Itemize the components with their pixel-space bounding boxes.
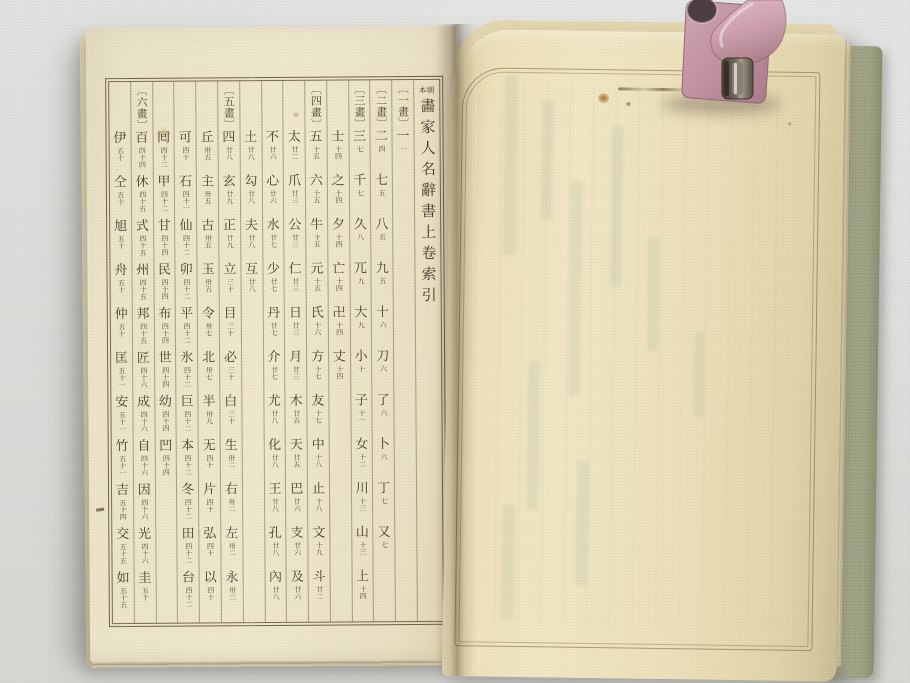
index-entry: 四廿八 bbox=[222, 130, 235, 174]
entry-character: 七 bbox=[375, 173, 388, 188]
index-entry: 卍十四 bbox=[332, 305, 345, 349]
entry-character: 上 bbox=[356, 569, 369, 584]
entry-character: 三 bbox=[353, 129, 366, 144]
entry-character: 匡 bbox=[115, 351, 128, 366]
entry-character: 因 bbox=[138, 483, 151, 498]
index-entry: 十六 bbox=[376, 305, 389, 349]
entry-page-number: 廿五 bbox=[293, 410, 300, 424]
entry-page-number: 四十四 bbox=[162, 367, 169, 388]
entry-page-number: 廿八 bbox=[247, 146, 254, 160]
index-entry: 小十 bbox=[355, 349, 368, 393]
entry-page-number: 三十 bbox=[226, 278, 233, 292]
entry-page-number: 十六 bbox=[314, 322, 321, 336]
entry-character: 四 bbox=[222, 130, 235, 145]
index-entry: 本四十二 bbox=[181, 439, 194, 483]
index-entry: 尤廿八 bbox=[268, 394, 281, 438]
index-entry: 太廿二 bbox=[288, 130, 301, 174]
entry-page-number: 廿六 bbox=[269, 146, 276, 160]
entry-character: 田 bbox=[182, 527, 195, 542]
entry-page-number: 廿六 bbox=[269, 190, 276, 204]
index-entry: 氷四十二 bbox=[180, 351, 193, 395]
index-entry: 及廿六 bbox=[291, 570, 304, 614]
entry-page-number: 廿六 bbox=[294, 586, 301, 600]
index-entry: 了六 bbox=[377, 393, 390, 437]
entry-character: 正 bbox=[223, 218, 236, 233]
index-entry: 式四十五 bbox=[136, 219, 149, 263]
entry-character: 自 bbox=[137, 439, 150, 454]
index-entry: 正廿九 bbox=[223, 218, 236, 262]
index-entry: 州四十五 bbox=[136, 263, 149, 307]
entry-character: 巨 bbox=[181, 395, 194, 410]
entry-page-number: 卅七 bbox=[205, 366, 212, 380]
entry-character: 民 bbox=[158, 263, 171, 278]
entry-character: 六 bbox=[310, 174, 323, 189]
entry-character: 丘 bbox=[201, 130, 214, 145]
index-entry: 百四十四 bbox=[135, 131, 148, 175]
index-entry: 八五 bbox=[375, 217, 388, 261]
index-entry: 丘卅五 bbox=[201, 130, 214, 174]
entry-character: 弘 bbox=[203, 526, 216, 541]
entry-page-number: 四十四 bbox=[161, 235, 168, 256]
index-entry: 交五十五 bbox=[116, 527, 129, 571]
index-columns-wrap: 本朝 畵家人名辭書上卷索引 〔一畫〕一一〔二畫〕二四七五八五九五十六刀六了六卜六… bbox=[108, 79, 444, 624]
index-entry: 生卅二 bbox=[225, 438, 238, 482]
entry-page-number: 廿三 bbox=[292, 366, 299, 380]
entry-character: 玄 bbox=[223, 174, 236, 189]
entry-character: 兀 bbox=[354, 261, 367, 276]
entry-character: 丁 bbox=[377, 481, 390, 496]
entry-page-number: 四十二 bbox=[184, 411, 191, 432]
index-entry: 巨四十二 bbox=[181, 395, 194, 439]
entry-page-number: 七 bbox=[380, 497, 387, 504]
index-entry: 吉五十四 bbox=[116, 483, 129, 527]
entry-character: 介 bbox=[267, 350, 280, 365]
index-entry: 无四十 bbox=[203, 438, 216, 482]
entry-character: 止 bbox=[312, 482, 325, 497]
index-entry: 丈十四 bbox=[333, 349, 346, 393]
index-entry: 永卅三 bbox=[225, 570, 238, 614]
entry-character: 州 bbox=[136, 263, 149, 278]
entry-page-number: 廿八 bbox=[248, 234, 255, 248]
entry-page-number: 十四 bbox=[336, 366, 343, 380]
entry-character: 平 bbox=[180, 307, 193, 322]
entry-character: 了 bbox=[377, 393, 390, 408]
entry-character: 友 bbox=[311, 394, 324, 409]
entry-page-number: 四十六 bbox=[140, 455, 147, 476]
entry-page-number: 四十四 bbox=[162, 411, 169, 432]
index-entry: 匡五十一 bbox=[115, 351, 128, 395]
entry-character: 半 bbox=[202, 394, 215, 409]
index-entry: 伊五十 bbox=[113, 131, 126, 175]
entry-character: 仙 bbox=[179, 219, 192, 234]
entry-page-number: 七 bbox=[381, 541, 388, 548]
entry-character: 北 bbox=[202, 350, 215, 365]
entry-character: 世 bbox=[159, 351, 172, 366]
entry-character: 公 bbox=[288, 218, 301, 233]
entry-character: 尤 bbox=[268, 394, 281, 409]
entry-page-number: 五十 bbox=[117, 191, 124, 205]
entry-page-number: 十四 bbox=[359, 585, 366, 599]
index-entry: 王廿八 bbox=[268, 482, 281, 526]
entry-page-number: 十五 bbox=[313, 146, 320, 160]
entry-character: 八 bbox=[375, 217, 388, 232]
entry-page-number: 廿八 bbox=[225, 146, 232, 160]
entry-page-number: 卅七 bbox=[205, 322, 212, 336]
index-entry: 土廿八 bbox=[244, 130, 257, 174]
index-entry: 左卅二 bbox=[225, 526, 238, 570]
entry-character: 內 bbox=[269, 570, 282, 585]
entry-page-number: 五 bbox=[379, 233, 386, 240]
entry-page-number: 十三 bbox=[359, 541, 366, 555]
entry-character: 成 bbox=[137, 395, 150, 410]
entry-page-number: 十四 bbox=[335, 278, 342, 292]
index-entry: 不廿六 bbox=[266, 130, 279, 174]
index-entry: 匠四十六 bbox=[137, 351, 150, 395]
entry-character: 方 bbox=[311, 350, 324, 365]
index-entry: 民四十四 bbox=[158, 263, 171, 307]
entry-character: 可 bbox=[179, 131, 192, 146]
entry-page-number: 廿七 bbox=[270, 322, 277, 336]
entry-page-number: 廿八 bbox=[271, 454, 278, 468]
entry-page-number: 廿八 bbox=[271, 498, 278, 512]
entry-character: 古 bbox=[201, 218, 214, 233]
entry-character: 如 bbox=[117, 571, 130, 586]
entry-character: 邦 bbox=[136, 307, 149, 322]
index-entry: 內廿八 bbox=[269, 570, 282, 614]
index-entry: 令卅七 bbox=[202, 306, 215, 350]
index-entry: 甘四十四 bbox=[158, 219, 171, 263]
entry-character: 互 bbox=[245, 262, 258, 277]
index-entry: 必三十 bbox=[224, 350, 237, 394]
index-entry: 大九 bbox=[354, 305, 367, 349]
entry-character: 文 bbox=[312, 526, 325, 541]
entry-page-number: 四十 bbox=[206, 498, 213, 512]
entry-page-number: 廿五 bbox=[293, 454, 300, 468]
entry-page-number: 十四 bbox=[334, 146, 341, 160]
entry-character: 支 bbox=[290, 526, 303, 541]
entry-character: 舟 bbox=[114, 263, 127, 278]
entry-page-number: 四十五 bbox=[139, 191, 146, 212]
entry-character: 丈 bbox=[333, 349, 346, 364]
entry-character: 左 bbox=[225, 526, 238, 541]
index-entry: 休四十五 bbox=[136, 175, 149, 219]
entry-character: 夫 bbox=[245, 218, 258, 233]
entry-character: 卍 bbox=[332, 305, 345, 320]
entry-page-number: 六 bbox=[379, 365, 386, 372]
index-entry: 互廿八 bbox=[245, 262, 258, 306]
entry-page-number: 廿二 bbox=[291, 146, 298, 160]
index-entry: 川十三 bbox=[355, 481, 368, 525]
entry-page-number: 四十二 bbox=[183, 235, 190, 256]
entry-page-number: 十七 bbox=[314, 366, 321, 380]
index-entry: 水廿七 bbox=[267, 218, 280, 262]
entry-character: 不 bbox=[266, 130, 279, 145]
entry-page-number: 卅九 bbox=[206, 410, 213, 424]
entry-page-number: 十五 bbox=[313, 234, 320, 248]
index-entry: 之十四 bbox=[332, 173, 345, 217]
entry-character: 二 bbox=[375, 129, 388, 144]
printed-border bbox=[454, 67, 820, 651]
entry-page-number: 五十四 bbox=[119, 499, 126, 520]
index-entry: 木廿五 bbox=[290, 394, 303, 438]
entry-page-number: 十七 bbox=[314, 410, 321, 424]
entry-character: 令 bbox=[202, 306, 215, 321]
index-entry: 目三十 bbox=[224, 306, 237, 350]
entry-character: 囘 bbox=[157, 131, 170, 146]
index-entry: 平四十二 bbox=[180, 307, 193, 351]
index-entry: 氏十六 bbox=[311, 306, 324, 350]
index-entry: 北卅七 bbox=[202, 350, 215, 394]
entry-character: 九 bbox=[376, 261, 389, 276]
entry-page-number: 七 bbox=[356, 189, 363, 196]
index-entry: 亡十四 bbox=[332, 261, 345, 305]
entry-character: 仝 bbox=[114, 175, 127, 190]
index-entry: 元十五 bbox=[310, 262, 323, 306]
entry-page-number: 卅五 bbox=[205, 278, 212, 292]
entry-character: 日 bbox=[289, 306, 302, 321]
entry-page-number: 五十 bbox=[117, 279, 124, 293]
index-entry: 丁七 bbox=[377, 481, 390, 525]
entry-page-number: 四十 bbox=[206, 454, 213, 468]
entry-character: 士 bbox=[331, 129, 344, 144]
entry-page-number: 四十五 bbox=[139, 279, 146, 300]
entry-page-number: 卅二 bbox=[228, 542, 235, 556]
entry-character: 丹 bbox=[267, 306, 280, 321]
entry-character: 布 bbox=[158, 307, 171, 322]
index-entry: 子十一 bbox=[355, 393, 368, 437]
entry-character: 百 bbox=[135, 131, 148, 146]
index-entry: 天廿五 bbox=[290, 438, 303, 482]
entry-character: 少 bbox=[267, 262, 280, 277]
entry-page-number: 卅五 bbox=[204, 190, 211, 204]
entry-character: 立 bbox=[223, 262, 236, 277]
index-entry: 田四十二 bbox=[182, 527, 195, 571]
entry-page-number: 九 bbox=[357, 321, 364, 328]
index-entry: 半卅九 bbox=[202, 394, 215, 438]
entry-character: 右 bbox=[225, 482, 238, 497]
index-entry: 主卅五 bbox=[201, 174, 214, 218]
section-header: 〔二畫〕 bbox=[376, 83, 387, 129]
index-entry: 囘四十二 bbox=[157, 131, 170, 175]
index-entry: 夫廿八 bbox=[245, 218, 258, 262]
index-entry: 自四十六 bbox=[137, 439, 150, 483]
entry-page-number: 廿八 bbox=[272, 586, 279, 600]
index-entry: 六十五 bbox=[310, 174, 323, 218]
entry-character: 牛 bbox=[310, 218, 323, 233]
entry-character: 太 bbox=[288, 130, 301, 145]
entry-character: 仁 bbox=[289, 262, 302, 277]
index-entry: 月廿三 bbox=[289, 350, 302, 394]
entry-character: 无 bbox=[203, 438, 216, 453]
entry-character: 小 bbox=[355, 349, 368, 364]
entry-character: 土 bbox=[244, 130, 257, 145]
margin-mark bbox=[96, 508, 104, 512]
entry-character: 巴 bbox=[290, 482, 303, 497]
index-entry: 方十七 bbox=[311, 350, 324, 394]
entry-character: 永 bbox=[225, 570, 238, 585]
index-entry: 心廿六 bbox=[266, 174, 279, 218]
entry-page-number: 廿九 bbox=[226, 234, 233, 248]
entry-page-number: 四十四 bbox=[138, 147, 145, 168]
index-entry: 斗廿二 bbox=[313, 570, 326, 614]
entry-page-number: 十四 bbox=[335, 234, 342, 248]
entry-character: 冬 bbox=[181, 483, 194, 498]
entry-page-number: 五十 bbox=[117, 235, 124, 249]
entry-page-number: 四十 bbox=[207, 586, 214, 600]
index-entry: 以四十 bbox=[204, 570, 217, 614]
entry-page-number: 六 bbox=[380, 453, 387, 460]
entry-character: 爪 bbox=[288, 174, 301, 189]
entry-character: 天 bbox=[290, 438, 303, 453]
section-header: 〔六畫〕 bbox=[136, 85, 147, 131]
entry-page-number: 十四 bbox=[336, 322, 343, 336]
entry-page-number: 四十六 bbox=[140, 367, 147, 388]
entry-page-number: 一 bbox=[400, 145, 407, 152]
index-entry: 二四 bbox=[375, 129, 388, 173]
entry-character: 夕 bbox=[332, 217, 345, 232]
entry-page-number: 卅五 bbox=[204, 234, 211, 248]
entry-character: 久 bbox=[354, 217, 367, 232]
index-entry: 刀六 bbox=[376, 349, 389, 393]
entry-character: 卯 bbox=[180, 263, 193, 278]
entry-page-number: 十一 bbox=[358, 409, 365, 423]
pink-paper-clip-icon bbox=[640, 0, 810, 135]
entry-character: 圭 bbox=[138, 571, 151, 586]
entry-character: 吉 bbox=[116, 483, 129, 498]
entry-page-number: 四十四 bbox=[161, 279, 168, 300]
entry-character: 白 bbox=[224, 394, 237, 409]
index-entry: 又七 bbox=[378, 525, 391, 569]
entry-page-number: 廿三 bbox=[291, 234, 298, 248]
section-header: 〔一畫〕 bbox=[397, 83, 408, 129]
entry-character: 式 bbox=[136, 219, 149, 234]
entry-page-number: 十二 bbox=[358, 453, 365, 467]
index-entry: 仁廿三 bbox=[289, 262, 302, 306]
entry-character: 又 bbox=[378, 525, 391, 540]
entry-character: 十 bbox=[376, 305, 389, 320]
entry-page-number: 廿六 bbox=[293, 498, 300, 512]
index-entry: 止十八 bbox=[312, 482, 325, 526]
index-entry: 七五 bbox=[375, 173, 388, 217]
title-column: 本朝 畵家人名辭書上卷索引 bbox=[414, 80, 443, 621]
entry-character: 氏 bbox=[311, 306, 324, 321]
index-entry: 五十五 bbox=[309, 130, 322, 174]
entry-page-number: 七 bbox=[356, 145, 363, 152]
entry-character: 斗 bbox=[313, 570, 326, 585]
index-entry: 因四十六 bbox=[138, 483, 151, 527]
entry-character: 月 bbox=[289, 350, 302, 365]
index-entry: 如五十五 bbox=[117, 571, 130, 615]
index-entry: 布四十四 bbox=[158, 307, 171, 351]
entry-page-number: 八 bbox=[357, 233, 364, 240]
entry-character: 主 bbox=[201, 174, 214, 189]
entry-character: 幼 bbox=[159, 395, 172, 410]
photo-of-open-book: 本朝 畵家人名辭書上卷索引 〔一畫〕一一〔二畫〕二四七五八五九五十六刀六了六卜六… bbox=[0, 0, 910, 683]
index-entry: 玉卅五 bbox=[201, 262, 214, 306]
index-entry: 安五十一 bbox=[115, 395, 128, 439]
entry-page-number: 十五 bbox=[313, 190, 320, 204]
index-entry: 圭五十 bbox=[138, 571, 151, 615]
entry-character: 光 bbox=[138, 527, 151, 542]
entry-page-number: 廿六 bbox=[294, 542, 301, 556]
entry-page-number: 四十二 bbox=[184, 499, 191, 520]
index-entry: 久八 bbox=[354, 217, 367, 261]
entry-page-number: 五 bbox=[378, 189, 385, 196]
index-entry: 片四十 bbox=[203, 482, 216, 526]
entry-page-number: 卅五 bbox=[204, 146, 211, 160]
book-title-prefix: 本朝 bbox=[415, 86, 439, 95]
entry-character: 卜 bbox=[377, 437, 390, 452]
index-entry: 孔廿八 bbox=[269, 526, 282, 570]
entry-page-number: 廿七 bbox=[271, 366, 278, 380]
index-entry: 幼四十四 bbox=[159, 395, 172, 439]
entry-page-number: 四十六 bbox=[141, 543, 148, 564]
entry-character: 伊 bbox=[113, 131, 126, 146]
entry-page-number: 五十一 bbox=[119, 455, 126, 476]
index-entry: 古卅五 bbox=[201, 218, 214, 262]
entry-character: 以 bbox=[204, 570, 217, 585]
entry-character: 竹 bbox=[116, 439, 129, 454]
entry-page-number: 五十 bbox=[118, 323, 125, 337]
index-entry: 三七 bbox=[353, 129, 366, 173]
index-entry: 千七 bbox=[353, 173, 366, 217]
entry-page-number: 四十六 bbox=[140, 411, 147, 432]
index-entry: 公廿三 bbox=[288, 218, 301, 262]
index-entry: 仝五十 bbox=[114, 175, 127, 219]
entry-page-number: 廿八 bbox=[248, 278, 255, 292]
entry-page-number: 四十二 bbox=[185, 587, 192, 608]
entry-character: 目 bbox=[224, 306, 237, 321]
index-entry: 凹四十四 bbox=[159, 439, 172, 483]
index-entry: 立三十 bbox=[223, 262, 236, 306]
index-entry: 介廿七 bbox=[267, 350, 280, 394]
entry-character: 千 bbox=[353, 173, 366, 188]
section-header: 〔四畫〕 bbox=[310, 84, 321, 130]
index-entry: 台四十二 bbox=[182, 571, 195, 615]
index-entry: 邦四十五 bbox=[136, 307, 149, 351]
entry-character: 心 bbox=[266, 174, 279, 189]
entry-page-number: 四十四 bbox=[162, 455, 169, 476]
entry-character: 片 bbox=[203, 482, 216, 497]
entry-page-number: 十九 bbox=[315, 542, 322, 556]
entry-character: 水 bbox=[267, 218, 280, 233]
index-entry: 白三十 bbox=[224, 394, 237, 438]
index-entry: 甲四十二 bbox=[157, 175, 170, 219]
index-entry: 中十八 bbox=[312, 438, 325, 482]
entry-page-number: 五十一 bbox=[118, 411, 125, 432]
entry-character: 亡 bbox=[332, 261, 345, 276]
entry-page-number: 十八 bbox=[315, 454, 322, 468]
index-entry: 仲五十 bbox=[115, 307, 128, 351]
entry-character: 勾 bbox=[244, 174, 257, 189]
index-entry: 爪廿三 bbox=[288, 174, 301, 218]
index-entry: 巴廿六 bbox=[290, 482, 303, 526]
entry-page-number: 廿三 bbox=[291, 190, 298, 204]
index-entry: 旭五十 bbox=[114, 219, 127, 263]
index-entry: 士十四 bbox=[331, 129, 344, 173]
entry-character: 女 bbox=[355, 437, 368, 452]
entry-page-number: 十三 bbox=[359, 497, 366, 511]
entry-character: 化 bbox=[268, 438, 281, 453]
entry-page-number: 五十 bbox=[141, 587, 148, 601]
index-entry: 光四十六 bbox=[138, 527, 151, 571]
index-entry: 山十三 bbox=[356, 525, 369, 569]
book-title: 畵家人名辭書上卷索引 bbox=[419, 98, 435, 308]
entry-page-number: 十五 bbox=[314, 278, 321, 292]
index-entry: 可四十 bbox=[179, 131, 192, 175]
entry-page-number: 廿八 bbox=[271, 410, 278, 424]
entry-character: 中 bbox=[312, 438, 325, 453]
